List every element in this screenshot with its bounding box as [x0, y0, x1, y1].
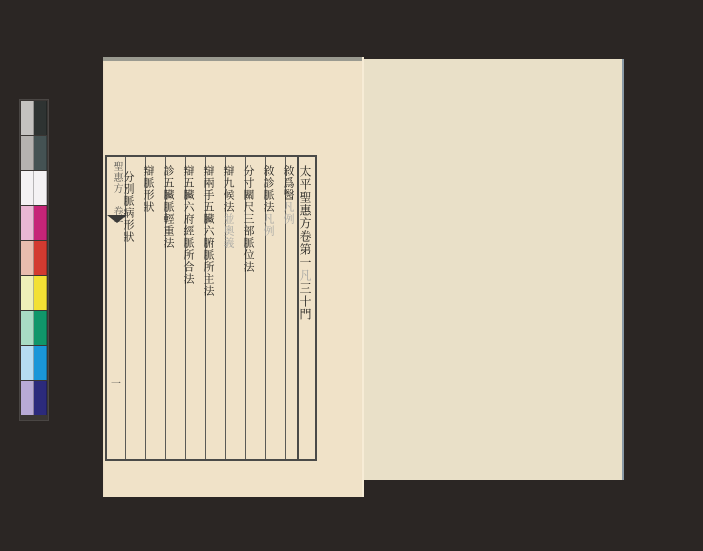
toc-entry: 辯脈形狀: [142, 165, 154, 213]
toc-entry: 分寸關尺三部脈位法: [242, 165, 254, 273]
printed-frame: 聖惠方 卷一 一 太平聖惠方卷第一凡三十門 敘爲醫凡例 敘診脈法凡例 分寸關尺三…: [105, 155, 317, 461]
toc-entry: 敘爲醫凡例: [282, 165, 294, 225]
toc-entry: 辯五臟六府經脈所合法: [182, 165, 194, 285]
swatch-row-white: [21, 171, 47, 205]
swatch-row-red: [21, 241, 47, 275]
volume-title: 太平聖惠方卷第一凡三十門: [299, 165, 311, 321]
swatch-row-gray-2: [21, 136, 47, 170]
color-calibration-strip: [19, 99, 49, 421]
toc-entry: 分別脈病形狀: [122, 171, 134, 243]
swatch-row-green: [21, 311, 47, 345]
swatch-row-magenta: [21, 206, 47, 240]
edge-marker: 一: [111, 375, 121, 390]
swatch-row-gray-1: [21, 101, 47, 135]
right-page-blank: [363, 59, 624, 480]
swatch-row-yellow: [21, 276, 47, 310]
toc-entry: 辯兩手五臟六腑脈所主法: [202, 165, 214, 297]
swatch-row-violet: [21, 381, 47, 415]
toc-entry: 診五臟脈輕重法: [162, 165, 174, 249]
swatch-row-cyan: [21, 346, 47, 380]
toc-entry: 辯九候法並奧義: [222, 165, 234, 249]
toc-entry: 敘診脈法凡例: [262, 165, 274, 237]
book-fold: [362, 57, 364, 497]
